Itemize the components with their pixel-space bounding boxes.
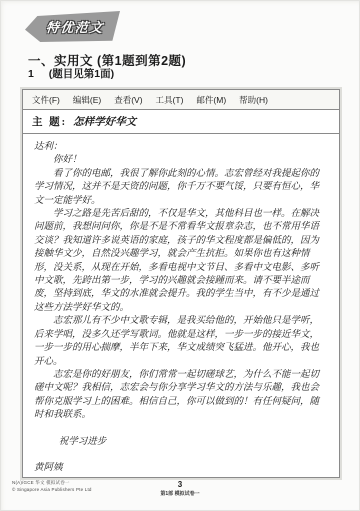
page-number: 3 xyxy=(0,480,360,489)
letter-paragraph: 志宏是你的好朋友，你们常常一起切磋球艺，为什么不能一起切磋中文呢？我相信，志宏会… xyxy=(34,369,328,423)
item-note: (题目见第1面) xyxy=(49,68,114,80)
model-essay-badge: 特优范文 xyxy=(25,11,120,42)
menu-item-view[interactable]: 查看(V) xyxy=(114,94,142,106)
footer-center: 3 第1部 模拟试卷一 xyxy=(0,480,360,497)
menu-item-file[interactable]: 文件(F) xyxy=(32,94,60,106)
letter-salutation: 达利： xyxy=(34,141,328,154)
menu-item-help[interactable]: 帮助(H) xyxy=(239,94,268,106)
menu-item-mail[interactable]: 邮件(M) xyxy=(196,94,226,106)
subject-value: 怎样学好华文 xyxy=(73,114,136,129)
letter-body: 达利： 你好！ 看了你的电邮，我很了解你此刻的心情。志宏曾经对我提起你的学习情况… xyxy=(23,134,339,475)
subject-row: 主 题: 怎样学好华文 xyxy=(23,110,339,134)
letter-closing: 祝学习进步 xyxy=(34,436,328,449)
menu-item-edit[interactable]: 编辑(E) xyxy=(73,94,101,106)
letter-paragraph: 志宏那儿有不少中文歌专辑，是我买给他的，开始他只是学听，后来学唱，没多久还学写歌… xyxy=(34,315,328,369)
letter-paragraph: 学习之路是先苦后甜的，不仅是华文，其他科目也一样。在解决问题前，我想问问你，你是… xyxy=(34,208,328,315)
menu-item-tools[interactable]: 工具(T) xyxy=(156,94,184,106)
letter-paragraph: 看了你的电邮，我很了解你此刻的心情。志宏曾经对我提起你的学习情况，这并不是天资的… xyxy=(34,168,328,208)
letter-greeting: 你好！ xyxy=(34,154,328,167)
item-line: 1 (题目见第1面) xyxy=(28,66,114,81)
item-number: 1 xyxy=(28,68,34,80)
model-essay-badge-label: 特优范文 xyxy=(39,17,105,36)
footer-caption: 第1部 模拟试卷一 xyxy=(0,490,360,497)
scanned-workbook-page: { "page": { "badge": "特优范文", "section_he… xyxy=(0,0,360,511)
email-menu-bar: 文件(F) 编辑(E) 查看(V) 工具(T) 邮件(M) 帮助(H) xyxy=(23,90,339,110)
letter-signature: 黄阿姨 xyxy=(34,462,328,475)
email-window: 文件(F) 编辑(E) 查看(V) 工具(T) 邮件(M) 帮助(H) 主 题:… xyxy=(22,89,340,478)
subject-label: 主 题: xyxy=(32,114,67,129)
